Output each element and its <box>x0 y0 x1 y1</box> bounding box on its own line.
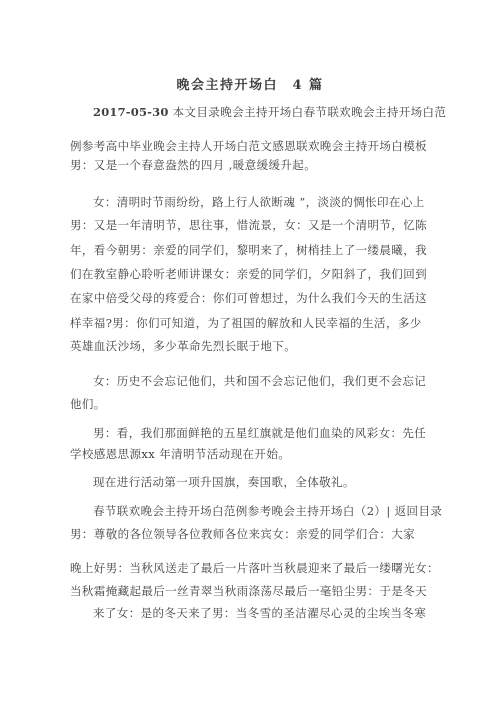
doc-line: 学校感恩思源xx 年清明节活动现在开始。 <box>70 447 290 461</box>
intro-text: 本文目录晚会主持开场白春节联欢晚会主持开场白范 <box>169 105 447 119</box>
doc-line: 春节联欢晚会主持开场白范例参考晚会主持开场白（2）| 返回目录 <box>93 504 442 518</box>
doc-line: 女：历史不会忘记他们，共和国不会忘记他们，我们更不会忘记 <box>93 374 426 388</box>
doc-line: 例参考高中毕业晚会主持人开场白范文感恩联欢晚会主持开场白模板 <box>70 139 427 153</box>
doc-line: 们在教室静心聆听老师讲课女：亲爱的同学们，夕阳斜了，我们回到 <box>70 267 427 281</box>
doc-line: 样幸福?男：你们可知道，为了祖国的解放和人民幸福的生活，多少 <box>70 316 422 330</box>
doc-line: 男：又是一个春意盎然的四月 ,暖意缓缓升起。 <box>70 158 316 172</box>
doc-line: 当秋霜掩藏起最后一丝青翠当秋雨涤荡尽最后一毫铅尘男：于是冬天 <box>70 584 427 598</box>
document-page: 晚会主持开场白 4 篇 2017-05-30 本文目录晚会主持开场白春节联欢晚会… <box>0 0 500 707</box>
document-title: 晚会主持开场白 4 篇 <box>0 79 500 93</box>
doc-line: 英雄血沃沙场，多少革命先烈长眠于地下。 <box>70 339 296 353</box>
doc-line: 年，看今朝男：亲爱的同学们，黎明来了，树梢挂上了一缕晨曦，我 <box>70 243 427 257</box>
doc-line: 来了女：是的冬天来了男：当冬雪的圣洁濯尽心灵的尘埃当冬寒 <box>93 606 426 620</box>
doc-line: 在家中倍受父母的疼爱合：你们可曾想过，为什么我们今天的生活这 <box>70 291 427 305</box>
doc-line: 晚上好男：当秋风送走了最后一片落叶当秋晨迎来了最后一缕曙光女： <box>70 561 439 575</box>
doc-line: 现在进行活动第一项升国旗，奏国歌，全体敬礼。 <box>93 475 355 489</box>
doc-line: 男：看，我们那面鲜艳的五星红旗就是他们血染的风彩女：先任 <box>93 426 426 440</box>
doc-intro-line: 2017-05-30 本文目录晚会主持开场白春节联欢晚会主持开场白范 <box>93 105 446 119</box>
doc-line: 女：清明时节雨纷纷，路上行人欲断魂 ”，淡淡的惆怅印在心上 <box>93 195 425 209</box>
doc-line: 男：尊敬的各位领导各位教师各位来宾女：亲爱的同学们合：大家 <box>70 527 415 541</box>
doc-line: 他们。 <box>70 397 106 411</box>
doc-line: 男：又是一年清明节，思往事，惜流景，女：又是一个清明节，忆陈 <box>70 218 427 232</box>
date-text: 2017-05-30 <box>93 105 169 119</box>
